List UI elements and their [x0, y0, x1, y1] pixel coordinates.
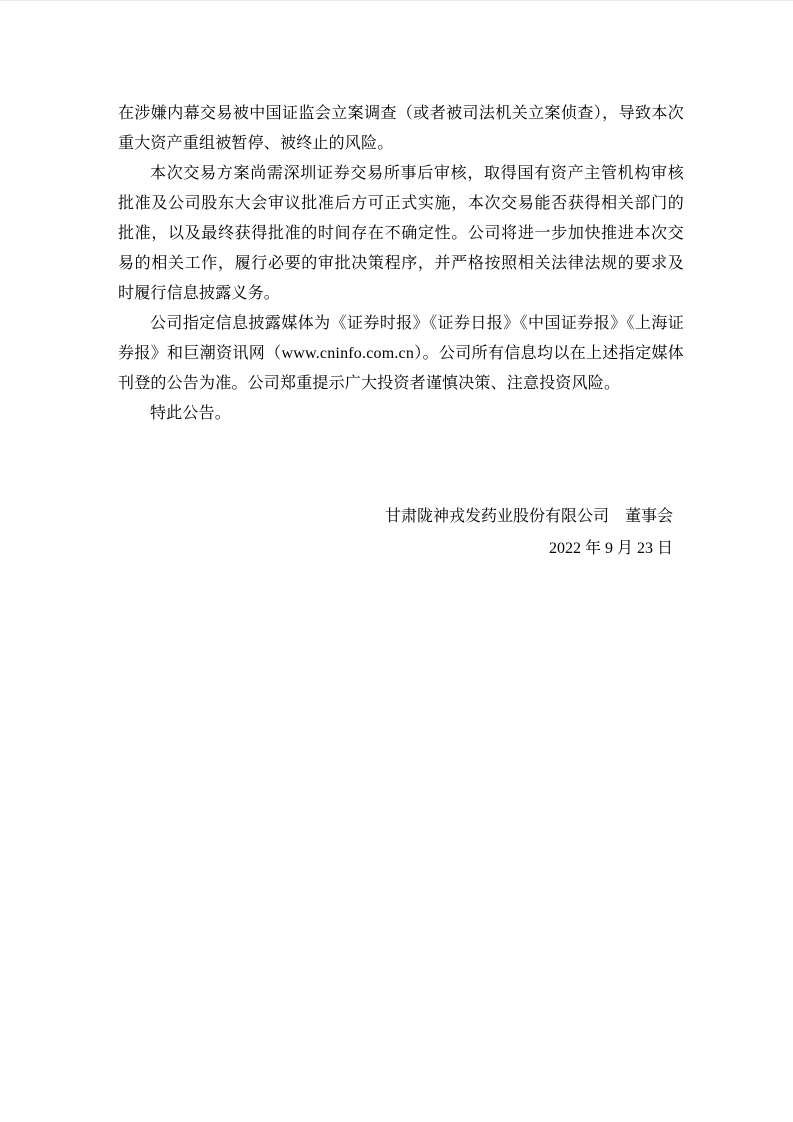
signature-date-line: 2022 年 9 月 23 日 [118, 533, 673, 565]
signature-company-line: 甘肃陇神戎发药业股份有限公司 董事会 [118, 501, 673, 533]
paragraph-disclosure-media: 公司指定信息披露媒体为《证券时报》《证券日报》《中国证券报》《上海证券报》和巨潮… [118, 309, 684, 399]
paragraph-closing-statement: 特此公告。 [118, 399, 684, 429]
signature-block: 甘肃陇神戎发药业股份有限公司 董事会 2022 年 9 月 23 日 [118, 501, 673, 565]
paragraph-risk-continuation: 在涉嫌内幕交易被中国证监会立案调查（或者被司法机关立案侦查），导致本次重大资产重… [118, 99, 684, 159]
announcement-body: 在涉嫌内幕交易被中国证监会立案调查（或者被司法机关立案侦查），导致本次重大资产重… [118, 99, 684, 429]
document-page: 在涉嫌内幕交易被中国证监会立案调查（或者被司法机关立案侦查），导致本次重大资产重… [0, 0, 793, 1122]
paragraph-approval-uncertainty: 本次交易方案尚需深圳证券交易所事后审核，取得国有资产主管机构审核批准及公司股东大… [118, 159, 684, 309]
